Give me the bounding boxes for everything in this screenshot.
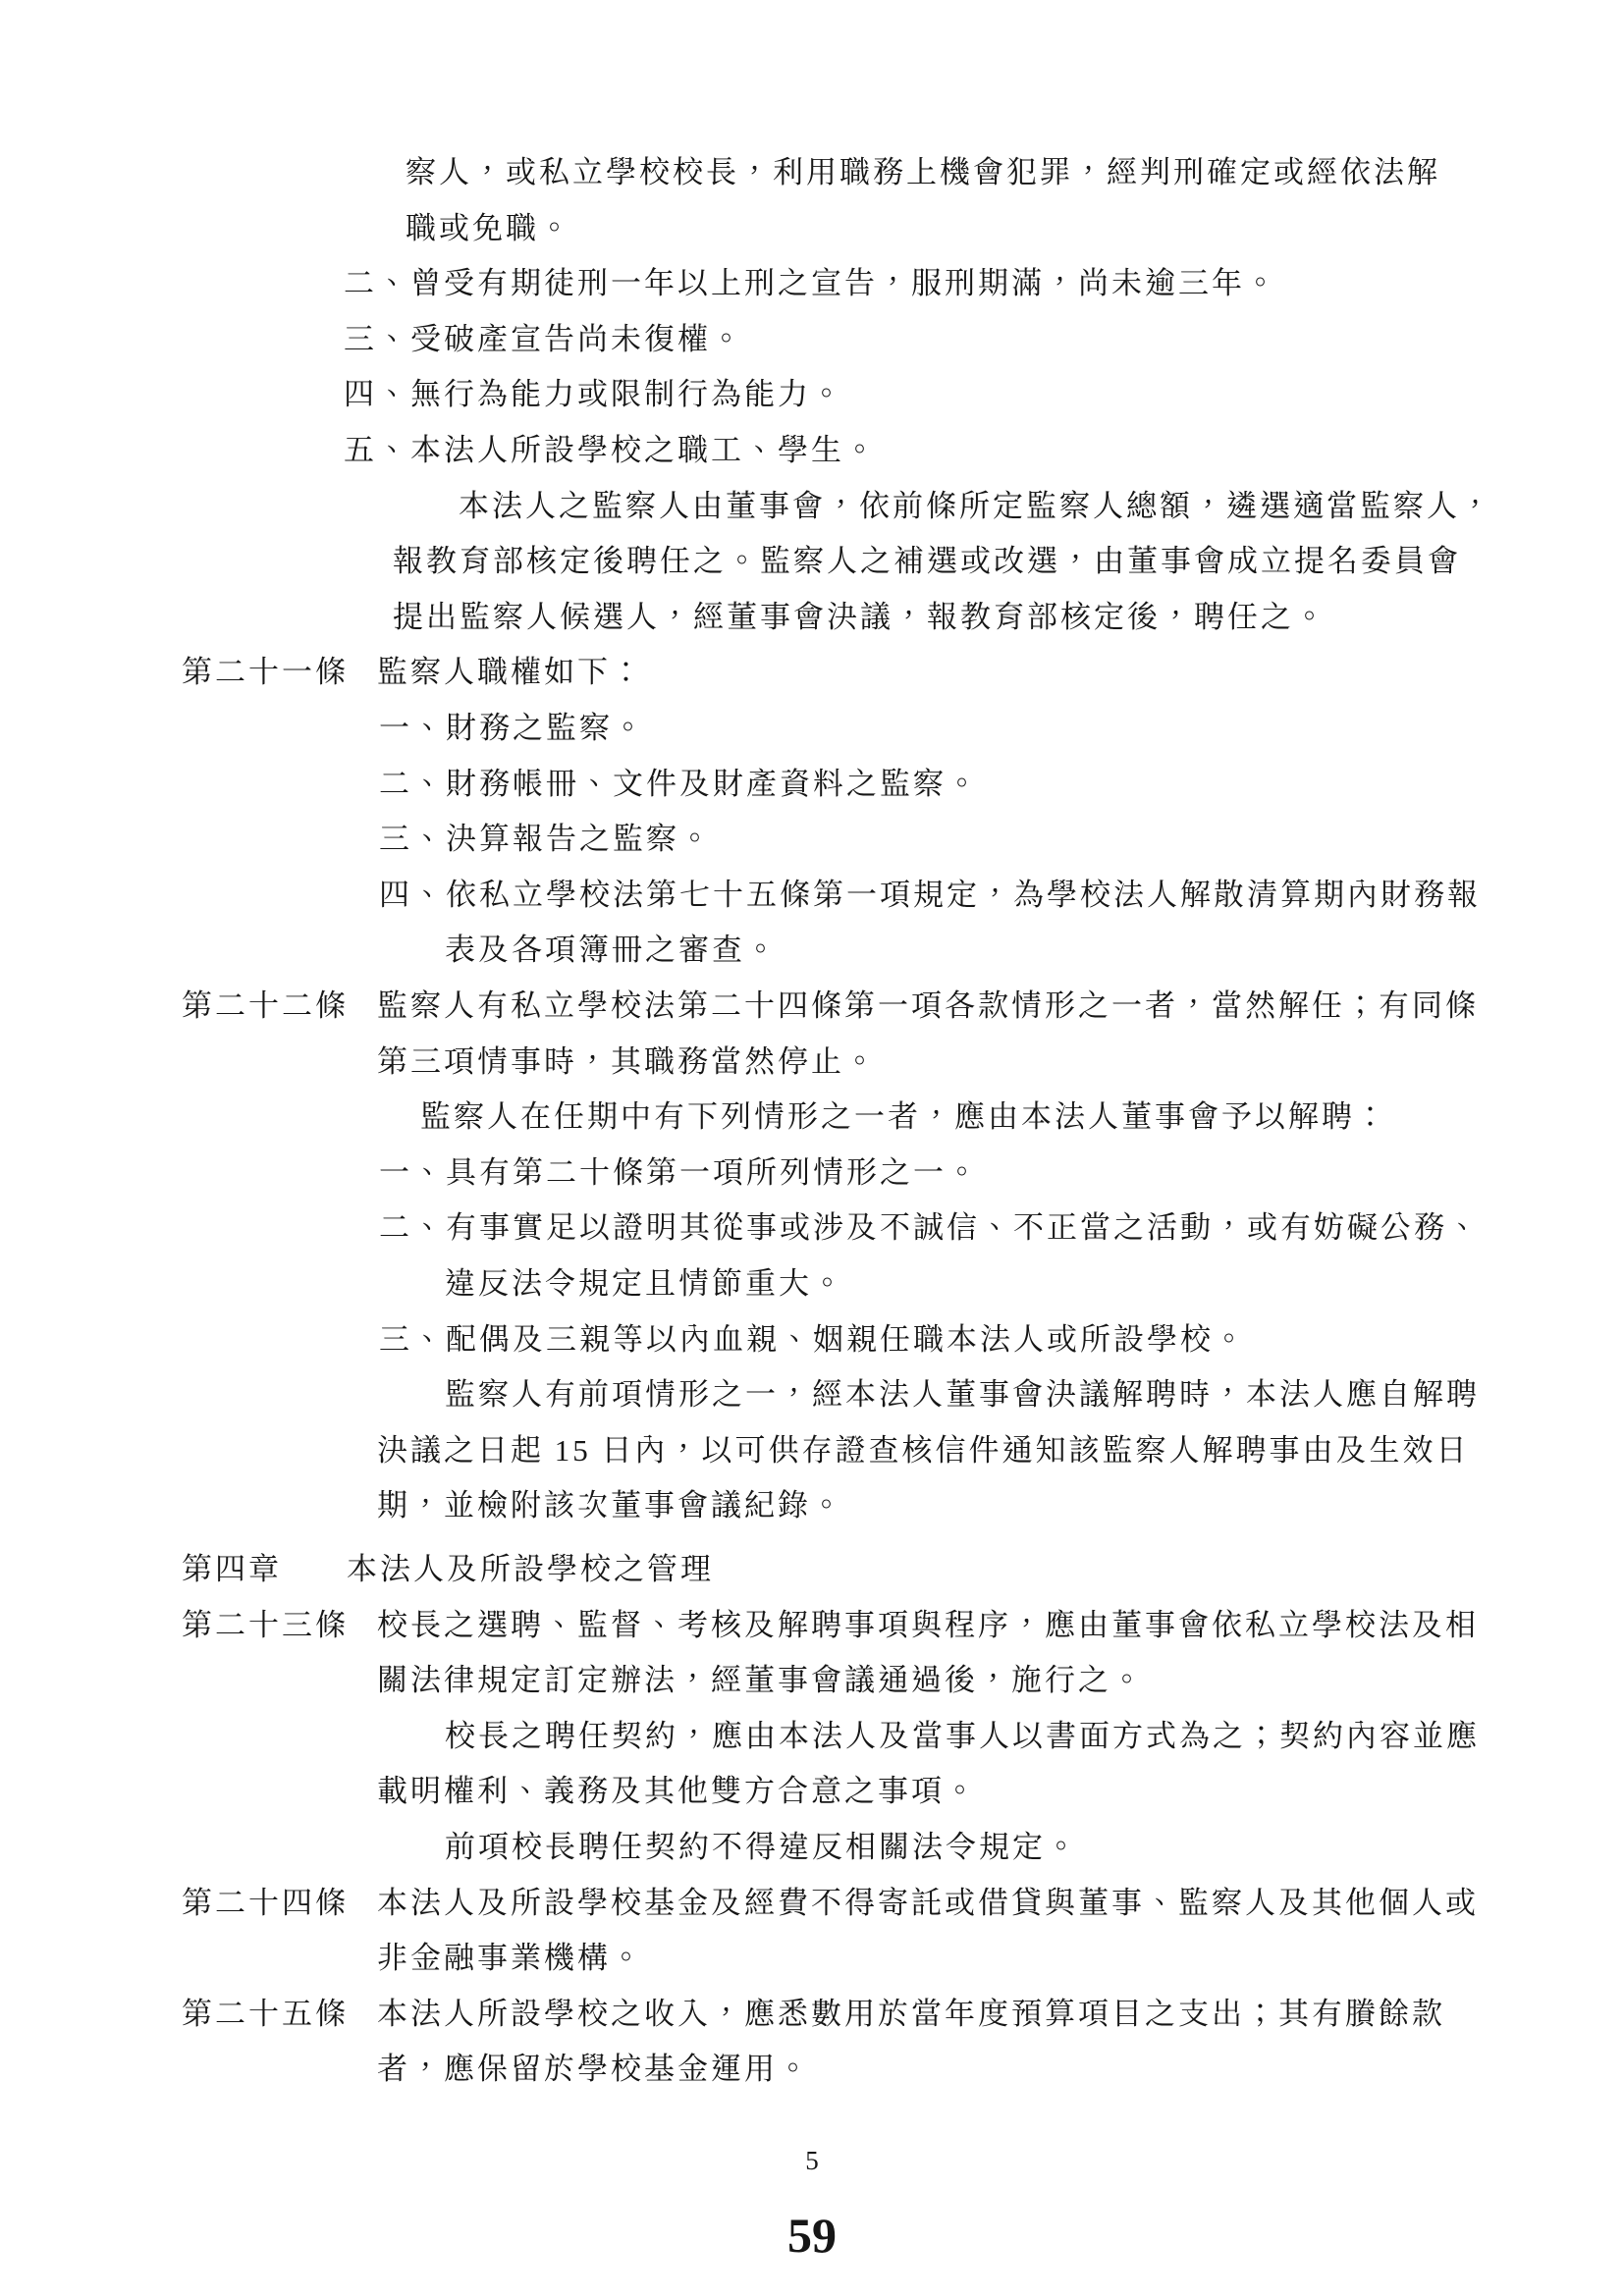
scanned-document-page: 察人，或私立學校校長，利用職務上機會犯罪，經判刑確定或經依法解職或免職。二、曾受… — [0, 0, 1624, 2296]
text-line: 本法人之監察人由董事會，依前條所定監察人總額，遴選適當監察人， — [0, 479, 1624, 534]
line-text: 職或免職。 — [406, 201, 572, 256]
text-line: 一、具有第二十條第一項所列情形之一。 — [0, 1146, 1624, 1201]
article-label: 第二十五條 — [182, 1987, 349, 2042]
text-line: 第二十二條監察人有私立學校法第二十四條第一項各款情形之一者，當然解任；有同條 — [0, 979, 1624, 1034]
line-text: 監察人有前項情形之一，經本法人董事會決議解聘時，本法人應自解聘 — [445, 1367, 1480, 1422]
document-body: 察人，或私立學校校長，利用職務上機會犯罪，經判刑確定或經依法解職或免職。二、曾受… — [0, 0, 1624, 2296]
line-text: 察人，或私立學校校長，利用職務上機會犯罪，經判刑確定或經依法解 — [406, 145, 1440, 200]
text-line: 校長之聘任契約，應由本法人及當事人以書面方式為之；契約內容並應 — [0, 1709, 1624, 1764]
chapter-label: 第四章 — [182, 1542, 282, 1597]
text-line: 監察人在任期中有下列情形之一者，應由本法人董事會予以解聘： — [0, 1090, 1624, 1145]
line-text: 本法人及所設學校之管理 — [347, 1542, 714, 1597]
text-line: 關法律規定訂定辦法，經董事會議通過後，施行之。 — [0, 1653, 1624, 1708]
line-text: 表及各項簿冊之審查。 — [445, 923, 779, 978]
line-text: 期，並檢附該次董事會議紀錄。 — [377, 1478, 844, 1533]
line-text: 非金融事業機構。 — [377, 1931, 644, 1986]
line-text: 本法人所設學校之收入，應悉數用於當年度預算項目之支出；其有賸餘款 — [377, 1987, 1445, 2042]
text-line: 職或免職。 — [0, 201, 1624, 256]
text-line: 者，應保留於學校基金運用。 — [0, 2042, 1624, 2097]
text-line: 表及各項簿冊之審查。 — [0, 923, 1624, 978]
line-text: 四、無行為能力或限制行為能力。 — [344, 367, 844, 422]
text-line: 察人，或私立學校校長，利用職務上機會犯罪，經判刑確定或經依法解 — [0, 145, 1624, 200]
line-text: 關法律規定訂定辦法，經董事會議通過後，施行之。 — [377, 1653, 1145, 1708]
text-line: 五、本法人所設學校之職工、學生。 — [0, 423, 1624, 478]
text-line: 三、配偶及三親等以內血親、姻親任職本法人或所設學校。 — [0, 1312, 1624, 1367]
line-text: 本法人及所設學校基金及經費不得寄託或借貸與董事、監察人及其他個人或 — [377, 1876, 1479, 1931]
text-line: 違反法令規定且情節重大。 — [0, 1256, 1624, 1311]
text-line: 第二十五條本法人所設學校之收入，應悉數用於當年度預算項目之支出；其有賸餘款 — [0, 1987, 1624, 2042]
text-line: 二、財務帳冊、文件及財產資料之監察。 — [0, 757, 1624, 812]
text-line: 三、受破產宣告尚未復權。 — [0, 312, 1624, 367]
text-line: 期，並檢附該次董事會議紀錄。 — [0, 1478, 1624, 1533]
text-line: 四、依私立學校法第七十五條第一項規定，為學校法人解散清算期內財務報 — [0, 868, 1624, 923]
line-text: 違反法令規定且情節重大。 — [445, 1256, 845, 1311]
text-line: 第四章本法人及所設學校之管理 — [0, 1542, 1624, 1597]
line-text: 五、本法人所設學校之職工、學生。 — [344, 423, 878, 478]
line-text: 者，應保留於學校基金運用。 — [377, 2042, 811, 2097]
text-line: 第二十四條本法人及所設學校基金及經費不得寄託或借貸與董事、監察人及其他個人或 — [0, 1876, 1624, 1931]
text-line: 一、財務之監察。 — [0, 701, 1624, 756]
line-text: 本法人之監察人由董事會，依前條所定監察人總額，遴選適當監察人， — [459, 479, 1493, 534]
line-text: 三、配偶及三親等以內血親、姻親任職本法人或所設學校。 — [379, 1312, 1247, 1367]
line-text: 監察人在任期中有下列情形之一者，應由本法人董事會予以解聘： — [420, 1090, 1388, 1145]
line-text: 監察人有私立學校法第二十四條第一項各款情形之一者，當然解任；有同條 — [377, 979, 1479, 1034]
line-text: 決議之日起 15 日內，以可供存證查核信件通知該監察人解聘事由及生效日 — [377, 1423, 1470, 1478]
line-text: 提出監察人候選人，經董事會決議，報教育部核定後，聘任之。 — [393, 590, 1327, 645]
text-line: 三、決算報告之監察。 — [0, 812, 1624, 867]
line-text: 報教育部核定後聘任之。監察人之補選或改選，由董事會成立提名委員會 — [393, 534, 1461, 589]
line-text: 二、有事實足以證明其從事或涉及不誠信、不正當之活動，或有妨礙公務、 — [379, 1201, 1481, 1255]
text-line: 提出監察人候選人，經董事會決議，報教育部核定後，聘任之。 — [0, 590, 1624, 645]
text-line: 二、有事實足以證明其從事或涉及不誠信、不正當之活動，或有妨礙公務、 — [0, 1201, 1624, 1255]
line-text: 二、曾受有期徒刑一年以上刑之宣告，服刑期滿，尚未逾三年。 — [344, 256, 1278, 311]
line-text: 校長之聘任契約，應由本法人及當事人以書面方式為之；契約內容並應 — [445, 1709, 1480, 1764]
page-number: 5 — [0, 2146, 1624, 2176]
text-line: 第二十一條監察人職權如下： — [0, 645, 1624, 700]
line-text: 校長之選聘、監督、考核及解聘事項與程序，應由董事會依私立學校法及相 — [377, 1598, 1479, 1653]
text-line: 前項校長聘任契約不得違反相關法令規定。 — [0, 1820, 1624, 1875]
article-label: 第二十二條 — [182, 979, 349, 1034]
article-label: 第二十四條 — [182, 1876, 349, 1931]
line-text: 一、具有第二十條第一項所列情形之一。 — [379, 1146, 980, 1201]
text-line: 二、曾受有期徒刑一年以上刑之宣告，服刑期滿，尚未逾三年。 — [0, 256, 1624, 311]
line-text: 四、依私立學校法第七十五條第一項規定，為學校法人解散清算期內財務報 — [379, 868, 1481, 923]
text-line: 第二十三條校長之選聘、監督、考核及解聘事項與程序，應由董事會依私立學校法及相 — [0, 1598, 1624, 1653]
line-text: 一、財務之監察。 — [379, 701, 646, 756]
text-line: 非金融事業機構。 — [0, 1931, 1624, 1986]
text-line: 第三項情事時，其職務當然停止。 — [0, 1035, 1624, 1090]
text-line: 決議之日起 15 日內，以可供存證查核信件通知該監察人解聘事由及生效日 — [0, 1423, 1624, 1478]
line-text: 監察人職權如下： — [377, 645, 644, 700]
page-number-bold: 59 — [0, 2207, 1624, 2264]
text-line: 監察人有前項情形之一，經本法人董事會決議解聘時，本法人應自解聘 — [0, 1367, 1624, 1422]
line-text: 第三項情事時，其職務當然停止。 — [377, 1035, 878, 1090]
article-label: 第二十三條 — [182, 1598, 349, 1653]
text-line: 四、無行為能力或限制行為能力。 — [0, 367, 1624, 422]
line-text: 三、決算報告之監察。 — [379, 812, 713, 867]
line-text: 前項校長聘任契約不得違反相關法令規定。 — [445, 1820, 1079, 1875]
text-line: 報教育部核定後聘任之。監察人之補選或改選，由董事會成立提名委員會 — [0, 534, 1624, 589]
text-line: 載明權利、義務及其他雙方合意之事項。 — [0, 1764, 1624, 1819]
line-text: 二、財務帳冊、文件及財產資料之監察。 — [379, 757, 980, 812]
article-label: 第二十一條 — [182, 645, 349, 700]
line-text: 載明權利、義務及其他雙方合意之事項。 — [377, 1764, 978, 1819]
line-text: 三、受破產宣告尚未復權。 — [344, 312, 744, 367]
